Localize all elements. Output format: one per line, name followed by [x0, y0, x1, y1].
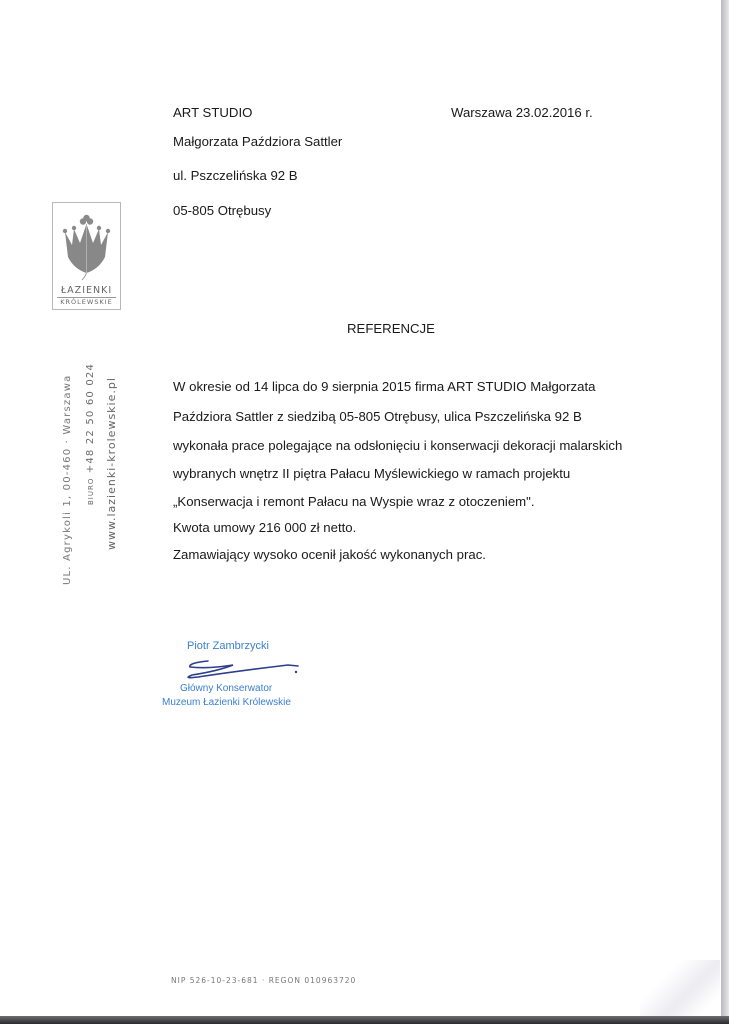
- sender-company: ART STUDIO: [173, 105, 252, 120]
- logo-name-line1: ŁAZIENKI: [53, 285, 120, 296]
- crown-leaf-icon: [59, 209, 114, 281]
- letterhead-phone: BIURO +48 22 50 60 024: [85, 363, 96, 505]
- sender-city: 05-805 Otrębusy: [173, 203, 271, 218]
- sender-street: ul. Pszczelińska 92 B: [173, 168, 298, 183]
- letter-date: Warszawa 23.02.2016 r.: [451, 105, 593, 120]
- phone-label: BIURO: [87, 478, 95, 505]
- footer-registry-numbers: NIP 526-10-23-681 · REGON 010963720: [171, 976, 356, 985]
- letter-title: REFERENCJE: [347, 321, 435, 336]
- scan-edge-right: [721, 0, 729, 1024]
- body-line: „Konserwacja i remont Pałacu na Wyspie w…: [173, 494, 535, 509]
- body-line: wykonała prace polegające na odsłonięciu…: [173, 438, 622, 453]
- signatory-name: Piotr Zambrzycki: [187, 640, 269, 652]
- letterhead-website: www.lazienki-krolewskie.pl: [105, 377, 118, 550]
- letter-page: ŁAZIENKI KRÓLEWSKIE UL. Agrykoli 1, 00-4…: [0, 0, 721, 1016]
- letterhead-address: UL. Agrykoli 1, 00-460 · Warszawa: [62, 375, 73, 585]
- body-line: wybranych wnętrz II piętra Pałacu Myślew…: [173, 466, 570, 481]
- page-curl-shadow: [640, 960, 720, 1016]
- body-line: W okresie od 14 lipca do 9 sierpnia 2015…: [173, 379, 595, 394]
- sender-name: Małgorzata Paździora Sattler: [173, 134, 342, 149]
- handwritten-signature: [178, 655, 303, 683]
- logo-name-line2: KRÓLEWSKIE: [53, 298, 120, 306]
- signatory-title: Główny Konserwator: [180, 683, 272, 694]
- body-line: Zamawiający wysoko ocenił jakość wykonan…: [173, 547, 486, 562]
- body-line: Kwota umowy 216 000 zł netto.: [173, 520, 356, 535]
- lazienki-logo: ŁAZIENKI KRÓLEWSKIE: [52, 202, 121, 310]
- scan-edge-bottom: [0, 1016, 729, 1024]
- body-line: Paździora Sattler z siedzibą 05-805 Otrę…: [173, 409, 582, 424]
- phone-number: +48 22 50 60 024: [85, 363, 96, 473]
- signatory-organization: Muzeum Łazienki Królewskie: [162, 697, 291, 708]
